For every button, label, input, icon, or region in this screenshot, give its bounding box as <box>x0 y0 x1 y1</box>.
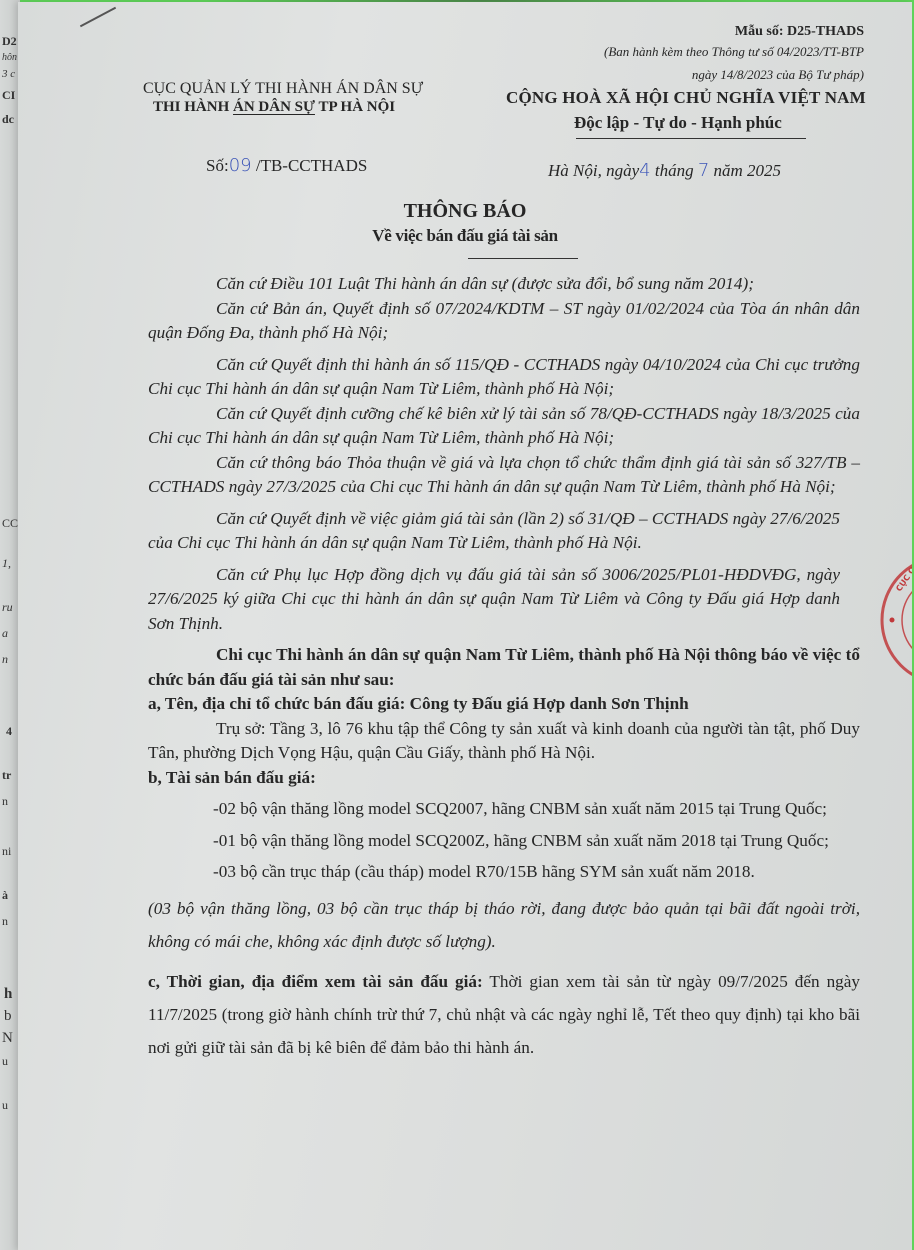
national-motto: Độc lập - Tự do - Hạnh phúc <box>574 113 782 133</box>
title-underline <box>468 258 578 259</box>
back-page-fragment: n <box>2 794 8 809</box>
back-page-fragment: h <box>4 986 12 1003</box>
agency-name-prefix: THI HÀNH <box>153 99 233 115</box>
form-number: Mẫu số: D25-THADS <box>735 24 864 40</box>
section-a-address: Trụ sở: Tầng 3, lô 76 khu tập thể Công t… <box>148 717 860 766</box>
section-a-heading: a, Tên, địa chỉ tổ chức bán đấu giá: Côn… <box>148 692 860 717</box>
document-date: Hà Nội, ngày4 tháng 7 năm 2025 <box>548 160 781 181</box>
legal-basis: Căn cứ Điều 101 Luật Thi hành án dân sự … <box>148 272 860 297</box>
document-body: Căn cứ Điều 101 Luật Thi hành án dân sự … <box>148 272 860 1064</box>
section-c: c, Thời gian, địa điểm xem tài sản đấu g… <box>148 965 860 1064</box>
asset-note: (03 bộ vận thăng lồng, 03 bộ cần trục th… <box>148 892 860 958</box>
back-page-fragment: u <box>2 1054 8 1069</box>
legal-basis: Căn cứ Phụ lục Hợp đồng dịch vụ đấu giá … <box>148 563 860 637</box>
doc-no-handwritten: 09 <box>229 155 252 176</box>
back-page-fragment: dc <box>2 112 14 127</box>
back-page-fragment: D2 <box>2 34 17 49</box>
back-page-fragment: à <box>2 888 8 903</box>
asset-item: -02 bộ vận thăng lồng model SCQ2007, hãn… <box>148 797 860 822</box>
document-page: Mẫu số: D25-THADS (Ban hành kèm theo Thô… <box>18 2 912 1250</box>
asset-item: -01 bộ vận thăng lồng model SCQ200Z, hãn… <box>148 829 860 854</box>
legal-basis: Căn cứ thông báo Thỏa thuận về giá và lự… <box>148 451 860 500</box>
asset-item: -03 bộ cần trục tháp (cầu tháp) model R7… <box>148 860 860 885</box>
back-page-fragment: CI <box>2 88 15 103</box>
section-b-heading: b, Tài sản bán đấu giá: <box>148 766 860 791</box>
back-page-fragment: n <box>2 652 8 667</box>
agency-parent: CỤC QUẢN LÝ THI HÀNH ÁN DÂN SỰ <box>143 80 423 98</box>
agency-name: THI HÀNH ÁN DÂN SỰ TP HÀ NỘI <box>153 99 395 116</box>
doc-no-suffix: /TB-CCTHADS <box>252 156 368 175</box>
back-page-fragment: b <box>4 1008 12 1025</box>
date-prefix: Hà Nội, ngày <box>548 161 639 180</box>
agency-name-suffix: TP HÀ NỘI <box>315 99 395 115</box>
back-page-fragment: u <box>2 1098 8 1113</box>
announcement-intro: Chi cục Thi hành án dân sự quận Nam Từ L… <box>148 643 860 692</box>
back-page-fragment: a <box>2 626 8 641</box>
back-page-fragment: hôn <box>2 52 17 63</box>
document-title: THÔNG BÁO <box>18 200 912 223</box>
back-page-edge: D2 hôn 3 c CI dc CC 1, ru a n 4 tr n ni … <box>0 0 20 1250</box>
date-month: 7 <box>698 160 709 181</box>
document-subtitle: Về việc bán đấu giá tài sản <box>18 226 912 246</box>
back-page-fragment: 1, <box>2 556 11 571</box>
back-page-fragment: ni <box>2 844 11 859</box>
doc-no-label: Số: <box>206 156 229 175</box>
official-stamp-icon: CỤC QUẢN LÝ THI HÀNH ÁN DÂN SỰ <box>878 550 914 690</box>
date-year: năm 2025 <box>709 161 781 180</box>
back-page-fragment: N <box>2 1030 13 1047</box>
legal-basis: Căn cứ Quyết định cưỡng chế kê biên xử l… <box>148 402 860 451</box>
national-title: CỘNG HOÀ XÃ HỘI CHỦ NGHĨA VIỆT NAM <box>506 88 866 108</box>
form-basis-line2: ngày 14/8/2023 của Bộ Tư pháp) <box>692 67 864 83</box>
motto-underline <box>576 138 806 139</box>
pen-mark <box>80 7 116 28</box>
legal-basis: Căn cứ Bản án, Quyết định số 07/2024/KDT… <box>148 297 860 346</box>
back-page-fragment: tr <box>2 768 11 783</box>
back-page-fragment: CC <box>2 516 18 531</box>
legal-basis: Căn cứ Quyết định thi hành án số 115/QĐ … <box>148 353 860 402</box>
back-page-fragment: 4 <box>6 724 12 739</box>
date-day: 4 <box>639 160 650 181</box>
agency-name-underlined: ÁN DÂN SỰ <box>233 99 315 115</box>
section-c-heading: c, Thời gian, địa điểm xem tài sản đấu g… <box>148 972 483 991</box>
document-number: Số:09 /TB-CCTHADS <box>206 155 367 176</box>
back-page-fragment: n <box>2 914 8 929</box>
back-page-fragment: ru <box>2 600 13 615</box>
form-basis-line1: (Ban hành kèm theo Thông tư số 04/2023/T… <box>604 44 864 60</box>
back-page-fragment: 3 c <box>2 68 15 80</box>
date-month-label: tháng <box>651 161 698 180</box>
legal-basis: Căn cứ Quyết định về việc giảm giá tài s… <box>148 507 860 556</box>
